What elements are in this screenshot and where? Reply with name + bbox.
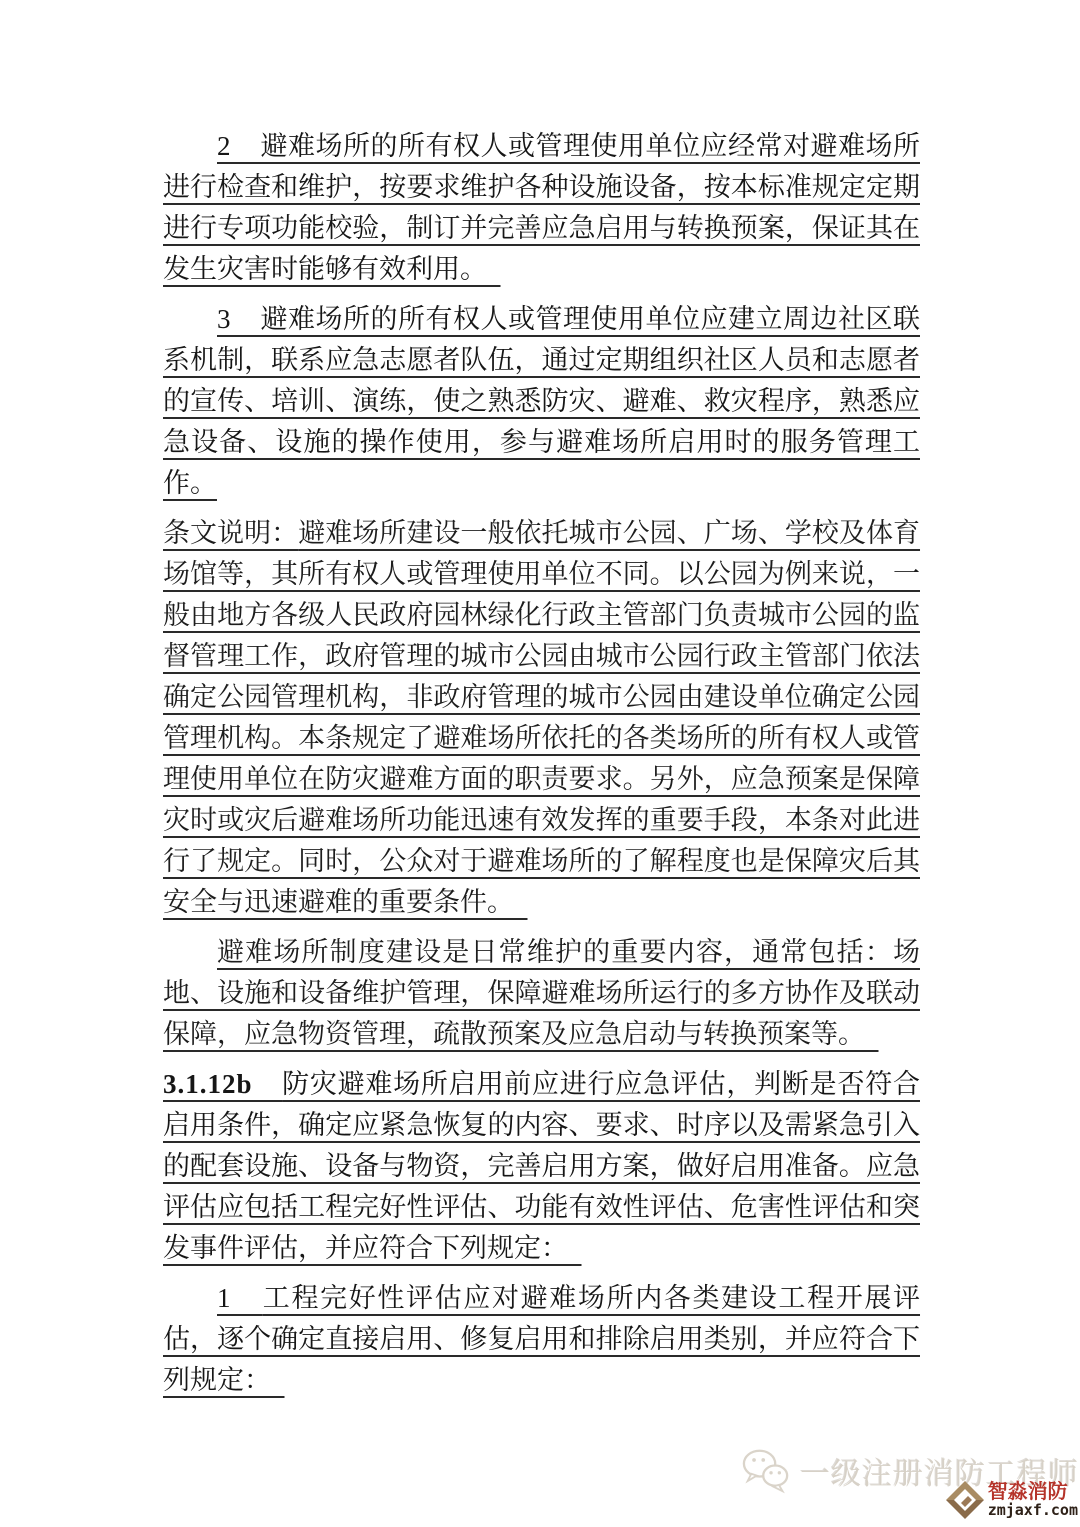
clause-2-number: 2 <box>217 131 261 161</box>
watermark-site-url: zmjaxf.com <box>988 1503 1078 1519</box>
commentary-paragraph-2: 避难场所制度建设是日常维护的重要内容，通常包括：场地、设施和设备维护管理，保障避… <box>163 932 920 1055</box>
wechat-icon <box>740 1448 792 1494</box>
clause-3112b-paragraph: 3.1.12b 防灾避难场所启用前应进行应急评估，判断是否符合启用条件，确定应紧… <box>163 1064 920 1269</box>
watermark-text-block: 智淼消防 zmjaxf.com <box>988 1482 1078 1519</box>
clause-1-text: 工程完好性评估应对避难场所内各类建设工程开展评估，逐个确定直接启用、修复启用和排… <box>163 1283 920 1395</box>
commentary-text: 避难场所建设一般依托城市公园、广场、学校及体育场馆等，其所有权人或管理使用单位不… <box>163 518 920 917</box>
commentary-label: 条文说明： <box>163 518 298 548</box>
commentary-paragraph: 条文说明：避难场所建设一般依托城市公园、广场、学校及体育场馆等，其所有权人或管理… <box>163 513 920 923</box>
clause-2-paragraph: 2 避难场所的所有权人或管理使用单位应经常对避难场所进行检查和维护，按要求维护各… <box>163 126 920 290</box>
document-body: 2 避难场所的所有权人或管理使用单位应经常对避难场所进行检查和维护，按要求维护各… <box>163 126 920 1401</box>
clause-3-number: 3 <box>217 304 261 334</box>
clause-2-text: 避难场所的所有权人或管理使用单位应经常对避难场所进行检查和维护，按要求维护各种设… <box>163 131 920 284</box>
clause-1-number: 1 <box>217 1283 263 1313</box>
document-page: 2 避难场所的所有权人或管理使用单位应经常对避难场所进行检查和维护，按要求维护各… <box>0 0 1080 1527</box>
watermark-brand: 智淼消防 zmjaxf.com <box>945 1479 1078 1521</box>
commentary-2-text: 避难场所制度建设是日常维护的重要内容，通常包括：场地、设施和设备维护管理，保障避… <box>163 937 920 1049</box>
zhimiao-diamond-logo-icon <box>945 1479 985 1521</box>
clause-3112b-number: 3.1.12b <box>163 1069 282 1099</box>
clause-1-paragraph: 1 工程完好性评估应对避难场所内各类建设工程开展评估，逐个确定直接启用、修复启用… <box>163 1278 920 1401</box>
watermark-brand-name: 智淼消防 <box>988 1482 1078 1503</box>
clause-3-paragraph: 3 避难场所的所有权人或管理使用单位应建立周边社区联系机制，联系应急志愿者队伍，… <box>163 299 920 504</box>
clause-3-text: 避难场所的所有权人或管理使用单位应建立周边社区联系机制，联系应急志愿者队伍，通过… <box>163 304 920 498</box>
